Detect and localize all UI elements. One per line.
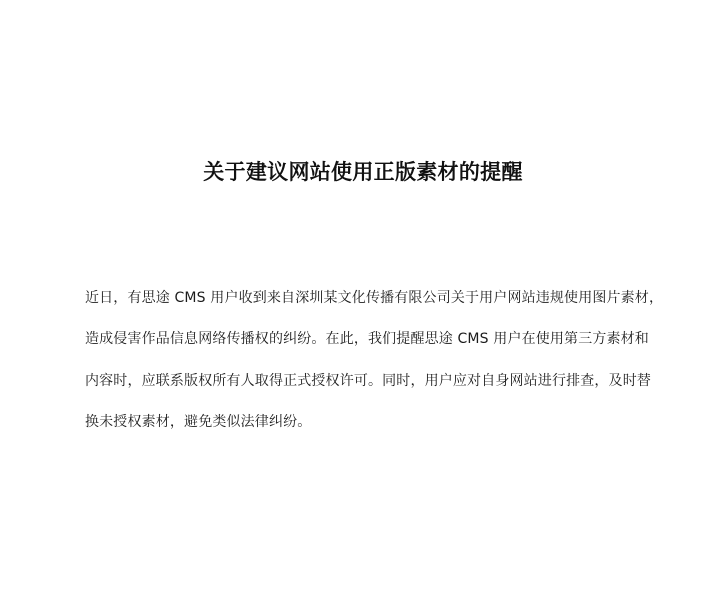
notice-body: 近日，有思途 CMS 用户收到来自深圳某文化传播有限公司关于用户网站违规使用图片…	[85, 286, 641, 443]
notice-body-line-3: 内容时，应联系版权所有人取得正式授权许可。同时，用户应对自身网站进行排查，及时替	[85, 361, 641, 402]
notice-body-line-2: 造成侵害作品信息网络传播权的纠纷。在此，我们提醒思途 CMS 用户在使用第三方素…	[85, 319, 641, 360]
notice-title: 关于建议网站使用正版素材的提醒	[0, 158, 726, 186]
notice-body-line-1: 近日，有思途 CMS 用户收到来自深圳某文化传播有限公司关于用户网站违规使用图片…	[85, 278, 641, 319]
notice-body-line-4: 换未授权素材，避免类似法律纠纷。	[85, 402, 641, 443]
notice-page: 关于建议网站使用正版素材的提醒 近日，有思途 CMS 用户收到来自深圳某文化传播…	[0, 0, 726, 590]
